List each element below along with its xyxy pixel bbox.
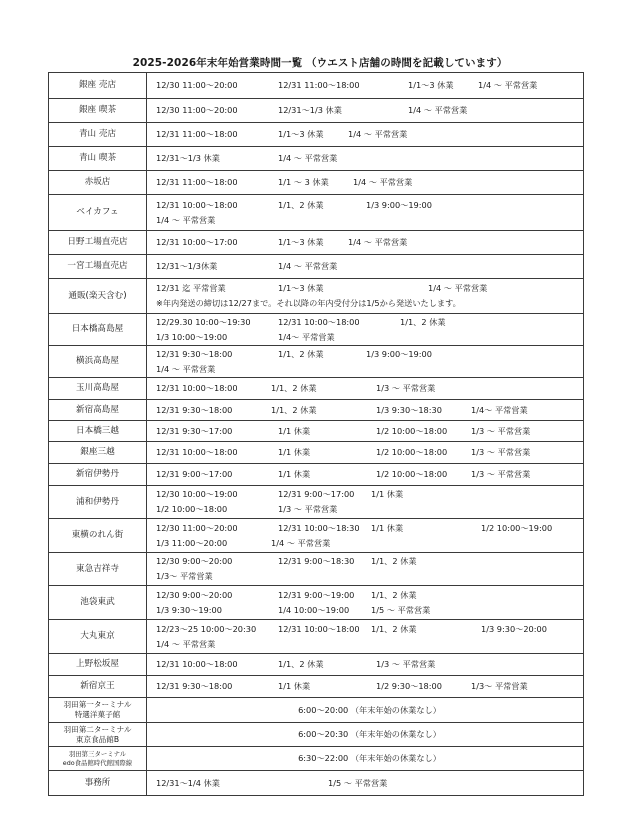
hours-segment: 1/1、2 休業 bbox=[271, 383, 376, 394]
hours-segment: 12/31 9:30〜18:00 bbox=[156, 405, 271, 416]
store-hours: 12/31 10:00〜18:001/1、2 休業1/3 9:00〜19:00 … bbox=[147, 195, 584, 231]
hours-segment: 1/4 〜 平常営業 bbox=[271, 538, 371, 549]
store-name: ベイカフェ bbox=[49, 195, 147, 231]
store-name: 羽田第三ターミナルedo食品館時代館国際線 bbox=[49, 747, 147, 771]
hours-segment: 12/31 9:00〜17:00 bbox=[156, 469, 278, 480]
hours-segment: 1/1、2 休業 bbox=[278, 349, 366, 360]
store-name: 浦和伊勢丹 bbox=[49, 486, 147, 519]
store-name: 日本橋髙島屋 bbox=[49, 314, 147, 346]
store-hours: 12/31〜1/3 休業1/4 〜 平常営業 bbox=[147, 147, 584, 171]
store-name: 通販(楽天含む) bbox=[49, 279, 147, 314]
table-row: 東横のれん街12/30 11:00〜20:0012/31 10:00〜18:30… bbox=[49, 519, 584, 553]
hours-segment: 12/31 9:30〜18:00 bbox=[156, 349, 278, 360]
hours-segment: 1/3 10:00〜19:00 bbox=[156, 332, 278, 343]
hours-line: 1/4 〜 平常営業 bbox=[156, 213, 583, 228]
hours-line: 12/31 10:00〜18:001/1、2 休業1/3 〜 平常営業 bbox=[156, 657, 583, 672]
hours-segment: 1/1、2 休業 bbox=[278, 659, 376, 670]
table-row: 上野松坂屋12/31 10:00〜18:001/1、2 休業1/3 〜 平常営業 bbox=[49, 654, 584, 676]
hours-segment: 1/3 〜 平常営業 bbox=[471, 469, 571, 480]
hours-segment: 12/31〜1/4 休業 bbox=[156, 778, 328, 789]
store-hours: 12/31 10:00〜18:001/1 休業1/2 10:00〜18:001/… bbox=[147, 442, 584, 464]
store-hours: 12/30 10:00〜19:0012/31 9:00〜17:001/1 休業1… bbox=[147, 486, 584, 519]
store-hours: 12/30 9:00〜20:0012/31 9:00〜19:001/1、2 休業… bbox=[147, 586, 584, 620]
hours-line: 12/30 9:00〜20:0012/31 9:00〜18:301/1、2 休業 bbox=[156, 554, 583, 569]
store-hours: 12/30 9:00〜20:0012/31 9:00〜18:301/1、2 休業… bbox=[147, 553, 584, 586]
hours-segment: 1/4 〜 平常営業 bbox=[478, 80, 578, 91]
hours-segment: 1/3〜 平常営業 bbox=[156, 571, 276, 582]
store-hours: 12/31 9:30〜18:001/1、2 休業1/3 9:00〜19:001/… bbox=[147, 346, 584, 378]
hours-segment: 1/1 休業 bbox=[278, 426, 376, 437]
store-hours: 6:00〜20:00 （年末年始の休業なし） bbox=[147, 698, 584, 723]
hours-segment: 12/30 9:00〜20:00 bbox=[156, 556, 278, 567]
hours-segment: 1/3 9:30〜19:00 bbox=[156, 605, 278, 616]
hours-segment: 12/31 9:00〜17:00 bbox=[278, 489, 371, 500]
store-hours: 12/31 9:30〜18:001/1 休業1/2 9:30〜18:001/3〜… bbox=[147, 676, 584, 698]
store-name: 銀座 喫茶 bbox=[49, 99, 147, 123]
hours-segment: 1/3 9:30〜20:00 bbox=[481, 624, 581, 635]
table-row: 通販(楽天含む)12/31 迄 平常営業1/1〜3 休業1/4 〜 平常営業※年… bbox=[49, 279, 584, 314]
hours-segment: 12/31 10:00〜17:00 bbox=[156, 237, 278, 248]
hours-line: 12/31 9:00〜17:001/1 休業1/2 10:00〜18:001/3… bbox=[156, 467, 583, 482]
hours-segment: 1/2 10:00〜18:00 bbox=[376, 447, 471, 458]
store-hours: 12/31 9:30〜18:001/1、2 休業1/3 9:30〜18:301/… bbox=[147, 400, 584, 421]
hours-segment: 1/4 〜 平常営業 bbox=[278, 261, 378, 272]
hours-segment: 1/4 〜 平常営業 bbox=[348, 129, 448, 140]
hours-line: 1/4 〜 平常営業 bbox=[156, 637, 583, 652]
hours-segment: 12/31 10:00〜18:30 bbox=[278, 523, 371, 534]
table-row: 東急吉祥寺12/30 9:00〜20:0012/31 9:00〜18:301/1… bbox=[49, 553, 584, 586]
hours-segment: 1/4 〜 平常営業 bbox=[348, 237, 448, 248]
hours-segment: 1/3 9:30〜18:30 bbox=[376, 405, 471, 416]
hours-segment: 1/1、2 休業 bbox=[371, 590, 471, 601]
hours-line: 12/31 9:30〜18:001/1 休業1/2 9:30〜18:001/3〜… bbox=[156, 679, 583, 694]
hours-segment: 1/2 10:00〜18:00 bbox=[156, 504, 278, 515]
hours-segment: 12/31 10:00〜18:00 bbox=[278, 624, 371, 635]
table-row: 日野工場直売店12/31 10:00〜17:001/1〜3 休業1/4 〜 平常… bbox=[49, 231, 584, 255]
table-row: 玉川髙島屋12/31 10:00〜18:001/1、2 休業1/3 〜 平常営業 bbox=[49, 378, 584, 400]
hours-segment: 1/1、2 休業 bbox=[271, 405, 376, 416]
hours-segment: 1/4 〜 平常営業 bbox=[408, 105, 508, 116]
hours-segment: 1/4 10:00〜19:00 bbox=[278, 605, 371, 616]
table-row: 日本橋三越12/31 9:30〜17:001/1 休業1/2 10:00〜18:… bbox=[49, 421, 584, 442]
hours-segment: 12/30 9:00〜20:00 bbox=[156, 590, 278, 601]
store-name: 一宮工場直売店 bbox=[49, 255, 147, 279]
table-row: 青山 喫茶12/31〜1/3 休業1/4 〜 平常営業 bbox=[49, 147, 584, 171]
hours-line: 12/30 11:00〜20:0012/31〜1/3 休業1/4 〜 平常営業 bbox=[156, 103, 583, 118]
hours-segment: 1/1〜3 休業 bbox=[278, 283, 428, 294]
table-row: 新宿京王12/31 9:30〜18:001/1 休業1/2 9:30〜18:00… bbox=[49, 676, 584, 698]
hours-segment: 1/3 11:00〜20:00 bbox=[156, 538, 271, 549]
store-name: 新宿京王 bbox=[49, 676, 147, 698]
page-title: 2025-2026年末年始営業時間一覧 （ウエスト店舗の時間を記載しています） bbox=[0, 55, 640, 70]
hours-segment: 12/31 11:00〜18:00 bbox=[156, 129, 278, 140]
hours-line: 1/3 9:30〜19:001/4 10:00〜19:001/5 〜 平常営業 bbox=[156, 603, 583, 618]
shipping-note: ※年内発送の締切は12/27まで。それ以降の年内受付分は1/5から発送いたします… bbox=[156, 296, 583, 311]
table-row: 事務所12/31〜1/4 休業1/5 〜 平常営業 bbox=[49, 771, 584, 796]
hours-segment: 1/1〜3 休業 bbox=[278, 129, 348, 140]
hours-segment: 12/23〜25 10:00〜20:30 bbox=[156, 624, 278, 635]
hours-line: 12/29.30 10:00〜19:3012/31 10:00〜18:001/1… bbox=[156, 315, 583, 330]
hours-segment: 12/31 10:00〜18:00 bbox=[156, 200, 278, 211]
hours-segment: 1/1 休業 bbox=[278, 447, 376, 458]
hours-line: 1/4 〜 平常営業 bbox=[156, 362, 583, 377]
store-name: 上野松坂屋 bbox=[49, 654, 147, 676]
hours-line: 12/31 10:00〜17:001/1〜3 休業1/4 〜 平常営業 bbox=[156, 235, 583, 250]
store-hours: 12/31 9:30〜17:001/1 休業1/2 10:00〜18:001/3… bbox=[147, 421, 584, 442]
hours-segment: 1/4〜 平常営業 bbox=[278, 332, 378, 343]
hours-segment: 1/3 9:00〜19:00 bbox=[366, 349, 466, 360]
hours-segment: 12/31〜1/3 休業 bbox=[278, 105, 408, 116]
hours-segment: 1/3 9:00〜19:00 bbox=[366, 200, 466, 211]
store-hours: 12/31 10:00〜17:001/1〜3 休業1/4 〜 平常営業 bbox=[147, 231, 584, 255]
table-row: 赤坂店12/31 11:00〜18:001/1 〜 3 休業1/4 〜 平常営業 bbox=[49, 171, 584, 195]
store-name: 日野工場直売店 bbox=[49, 231, 147, 255]
store-hours: 12/31〜1/4 休業1/5 〜 平常営業 bbox=[147, 771, 584, 796]
hours-line: 12/31〜1/4 休業1/5 〜 平常営業 bbox=[156, 776, 583, 791]
hours-segment: 1/5 〜 平常営業 bbox=[328, 778, 428, 789]
hours-line: 12/30 9:00〜20:0012/31 9:00〜19:001/1、2 休業 bbox=[156, 588, 583, 603]
hours-line: 12/30 10:00〜19:0012/31 9:00〜17:001/1 休業 bbox=[156, 487, 583, 502]
hours-segment: 12/30 11:00〜20:00 bbox=[156, 523, 278, 534]
hours-segment: 1/2 10:00〜19:00 bbox=[481, 523, 581, 534]
hours-segment: 12/31 11:00〜18:00 bbox=[156, 177, 278, 188]
table-row: 青山 売店12/31 11:00〜18:001/1〜3 休業1/4 〜 平常営業 bbox=[49, 123, 584, 147]
store-hours: 12/31 10:00〜18:001/1、2 休業1/3 〜 平常営業 bbox=[147, 654, 584, 676]
hours-text: 6:00〜20:00 （年末年始の休業なし） bbox=[298, 705, 441, 715]
table-row: 新宿伊勢丹12/31 9:00〜17:001/1 休業1/2 10:00〜18:… bbox=[49, 464, 584, 486]
hours-line: 12/31 10:00〜18:001/1 休業1/2 10:00〜18:001/… bbox=[156, 445, 583, 460]
store-hours: 6:00〜20:30 （年末年始の休業なし） bbox=[147, 723, 584, 747]
table-row: 大丸東京12/23〜25 10:00〜20:3012/31 10:00〜18:0… bbox=[49, 620, 584, 654]
hours-text: 6:00〜20:30 （年末年始の休業なし） bbox=[298, 729, 441, 739]
store-hours: 12/30 11:00〜20:0012/31 11:00〜18:001/1〜3 … bbox=[147, 73, 584, 99]
hours-segment: 12/30 11:00〜20:00 bbox=[156, 80, 278, 91]
table-row: 銀座三越12/31 10:00〜18:001/1 休業1/2 10:00〜18:… bbox=[49, 442, 584, 464]
store-name: 玉川髙島屋 bbox=[49, 378, 147, 400]
hours-line: 12/31 11:00〜18:001/1 〜 3 休業1/4 〜 平常営業 bbox=[156, 175, 583, 190]
table-row: 横浜髙島屋12/31 9:30〜18:001/1、2 休業1/3 9:00〜19… bbox=[49, 346, 584, 378]
store-hours: 12/30 11:00〜20:0012/31 10:00〜18:301/1 休業… bbox=[147, 519, 584, 553]
store-hours: 12/29.30 10:00〜19:3012/31 10:00〜18:001/1… bbox=[147, 314, 584, 346]
hours-segment: 1/1、2 休業 bbox=[278, 200, 366, 211]
schedule-table: 銀座 売店12/30 11:00〜20:0012/31 11:00〜18:001… bbox=[48, 72, 584, 796]
table-row: ベイカフェ 12/31 10:00〜18:001/1、2 休業1/3 9:00〜… bbox=[49, 195, 584, 231]
hours-segment: 1/1 休業 bbox=[371, 489, 471, 500]
hours-segment: 12/31 10:00〜18:00 bbox=[156, 659, 278, 670]
hours-segment: 12/30 11:00〜20:00 bbox=[156, 105, 278, 116]
hours-line: 1/2 10:00〜18:001/3 〜 平常営業 bbox=[156, 502, 583, 517]
store-name: 青山 喫茶 bbox=[49, 147, 147, 171]
store-name: 日本橋三越 bbox=[49, 421, 147, 442]
store-name: 銀座三越 bbox=[49, 442, 147, 464]
table-row: 浦和伊勢丹12/30 10:00〜19:0012/31 9:00〜17:001/… bbox=[49, 486, 584, 519]
hours-line: 1/3 10:00〜19:001/4〜 平常営業 bbox=[156, 330, 583, 345]
hours-segment: 1/1 休業 bbox=[371, 523, 481, 534]
hours-segment: 1/3 〜 平常営業 bbox=[376, 659, 476, 670]
store-name: 新宿髙島屋 bbox=[49, 400, 147, 421]
hours-segment: 12/31 迄 平常営業 bbox=[156, 283, 278, 294]
store-name: 事務所 bbox=[49, 771, 147, 796]
hours-segment: 1/4 〜 平常営業 bbox=[278, 153, 378, 164]
hours-segment: 1/1 〜 3 休業 bbox=[278, 177, 353, 188]
hours-segment: 1/5 〜 平常営業 bbox=[371, 605, 471, 616]
table-row: 羽田第一ターミナル特選洋菓子館6:00〜20:00 （年末年始の休業なし） bbox=[49, 698, 584, 723]
hours-segment: 1/4 〜 平常営業 bbox=[353, 177, 453, 188]
table-row: 日本橋髙島屋12/29.30 10:00〜19:3012/31 10:00〜18… bbox=[49, 314, 584, 346]
hours-segment: 1/2 10:00〜18:00 bbox=[376, 469, 471, 480]
hours-segment: 1/4 〜 平常営業 bbox=[428, 283, 528, 294]
store-name: 東急吉祥寺 bbox=[49, 553, 147, 586]
hours-segment: 12/31 10:00〜18:00 bbox=[278, 317, 400, 328]
hours-segment: 1/4〜 平常営業 bbox=[471, 405, 571, 416]
hours-segment: 12/31 9:30〜18:00 bbox=[156, 681, 278, 692]
store-hours: 12/31 11:00〜18:001/1〜3 休業1/4 〜 平常営業 bbox=[147, 123, 584, 147]
store-hours: 12/31 9:00〜17:001/1 休業1/2 10:00〜18:001/3… bbox=[147, 464, 584, 486]
store-name: 赤坂店 bbox=[49, 171, 147, 195]
hours-segment: 1/1 休業 bbox=[278, 681, 376, 692]
hours-segment: 1/3〜 平常営業 bbox=[471, 681, 571, 692]
hours-segment: 12/31 9:00〜18:30 bbox=[278, 556, 371, 567]
table-row: 新宿髙島屋12/31 9:30〜18:001/1、2 休業1/3 9:30〜18… bbox=[49, 400, 584, 421]
store-hours: 12/31 11:00〜18:001/1 〜 3 休業1/4 〜 平常営業 bbox=[147, 171, 584, 195]
table-row: 銀座 売店12/30 11:00〜20:0012/31 11:00〜18:001… bbox=[49, 73, 584, 99]
store-name: 羽田第一ターミナル特選洋菓子館 bbox=[49, 698, 147, 723]
hours-segment: 12/30 10:00〜19:00 bbox=[156, 489, 278, 500]
hours-segment: 12/31〜1/3 休業 bbox=[156, 153, 278, 164]
hours-segment: 1/4 〜 平常営業 bbox=[156, 215, 276, 226]
store-name: 銀座 売店 bbox=[49, 73, 147, 99]
store-name: 池袋東武 bbox=[49, 586, 147, 620]
store-name: 新宿伊勢丹 bbox=[49, 464, 147, 486]
hours-segment: 1/3 〜 平常営業 bbox=[278, 504, 378, 515]
hours-segment: 1/1 休業 bbox=[278, 469, 376, 480]
hours-segment: 1/2 9:30〜18:00 bbox=[376, 681, 471, 692]
hours-segment: 1/1〜3 休業 bbox=[278, 237, 348, 248]
store-hours: 12/23〜25 10:00〜20:3012/31 10:00〜18:001/1… bbox=[147, 620, 584, 654]
store-name: 大丸東京 bbox=[49, 620, 147, 654]
store-hours: 6:30〜22:00 （年末年始の休業なし） bbox=[147, 747, 584, 771]
hours-line: 1/3 11:00〜20:001/4 〜 平常営業 bbox=[156, 536, 583, 551]
hours-text: 6:30〜22:00 （年末年始の休業なし） bbox=[298, 753, 441, 763]
hours-line: 12/31〜1/3 休業1/4 〜 平常営業 bbox=[156, 151, 583, 166]
hours-line: 12/31 11:00〜18:001/1〜3 休業1/4 〜 平常営業 bbox=[156, 127, 583, 142]
hours-segment: 12/31 9:00〜19:00 bbox=[278, 590, 371, 601]
table-row: 一宮工場直売店12/31〜1/3休業1/4 〜 平常営業 bbox=[49, 255, 584, 279]
hours-segment: 1/1、2 休業 bbox=[371, 624, 481, 635]
hours-line: 12/31 10:00〜18:001/1、2 休業1/3 9:00〜19:00 bbox=[156, 198, 583, 213]
hours-line: 1/3〜 平常営業 bbox=[156, 569, 583, 584]
hours-segment: 1/3 〜 平常営業 bbox=[376, 383, 476, 394]
hours-segment: 1/2 10:00〜18:00 bbox=[376, 426, 471, 437]
hours-segment: 12/31 11:00〜18:00 bbox=[278, 80, 408, 91]
store-hours: 12/31 10:00〜18:001/1、2 休業1/3 〜 平常営業 bbox=[147, 378, 584, 400]
store-name: 東横のれん街 bbox=[49, 519, 147, 553]
hours-line: 12/31 迄 平常営業1/1〜3 休業1/4 〜 平常営業 bbox=[156, 281, 583, 296]
table-row: 羽田第三ターミナルedo食品館時代館国際線6:30〜22:00 （年末年始の休業… bbox=[49, 747, 584, 771]
hours-line: 12/31 9:30〜17:001/1 休業1/2 10:00〜18:001/3… bbox=[156, 424, 583, 439]
hours-line: 12/31 9:30〜18:001/1、2 休業1/3 9:00〜19:00 bbox=[156, 347, 583, 362]
hours-line: 12/31 9:30〜18:001/1、2 休業1/3 9:30〜18:301/… bbox=[156, 403, 583, 418]
hours-segment: 1/3 〜 平常営業 bbox=[471, 447, 571, 458]
hours-segment: 1/4 〜 平常営業 bbox=[156, 639, 276, 650]
table-row: 池袋東武12/30 9:00〜20:0012/31 9:00〜19:001/1、… bbox=[49, 586, 584, 620]
store-name: 羽田第二ターミナル東京食品館B bbox=[49, 723, 147, 747]
hours-segment: 1/1、2 休業 bbox=[371, 556, 471, 567]
hours-line: 12/31〜1/3休業1/4 〜 平常営業 bbox=[156, 259, 583, 274]
hours-segment: 12/31〜1/3休業 bbox=[156, 261, 278, 272]
hours-segment: 12/31 9:30〜17:00 bbox=[156, 426, 278, 437]
hours-segment: 1/1〜3 休業 bbox=[408, 80, 478, 91]
hours-segment: 1/1、2 休業 bbox=[400, 317, 500, 328]
hours-segment: 12/31 10:00〜18:00 bbox=[156, 383, 271, 394]
store-name: 横浜髙島屋 bbox=[49, 346, 147, 378]
store-hours: 12/31 迄 平常営業1/1〜3 休業1/4 〜 平常営業※年内発送の締切は1… bbox=[147, 279, 584, 314]
hours-segment: 12/31 10:00〜18:00 bbox=[156, 447, 278, 458]
store-hours: 12/31〜1/3休業1/4 〜 平常営業 bbox=[147, 255, 584, 279]
hours-segment: 1/3 〜 平常営業 bbox=[471, 426, 571, 437]
table-row: 銀座 喫茶12/30 11:00〜20:0012/31〜1/3 休業1/4 〜 … bbox=[49, 99, 584, 123]
hours-line: 12/23〜25 10:00〜20:3012/31 10:00〜18:001/1… bbox=[156, 622, 583, 637]
table-row: 羽田第二ターミナル東京食品館B6:00〜20:30 （年末年始の休業なし） bbox=[49, 723, 584, 747]
hours-segment: 12/29.30 10:00〜19:30 bbox=[156, 317, 278, 328]
hours-line: 12/30 11:00〜20:0012/31 10:00〜18:301/1 休業… bbox=[156, 521, 583, 536]
store-name: 青山 売店 bbox=[49, 123, 147, 147]
hours-line: 12/30 11:00〜20:0012/31 11:00〜18:001/1〜3 … bbox=[156, 78, 583, 93]
hours-segment: 1/4 〜 平常営業 bbox=[156, 364, 276, 375]
store-hours: 12/30 11:00〜20:0012/31〜1/3 休業1/4 〜 平常営業 bbox=[147, 99, 584, 123]
hours-line: 12/31 10:00〜18:001/1、2 休業1/3 〜 平常営業 bbox=[156, 381, 583, 396]
